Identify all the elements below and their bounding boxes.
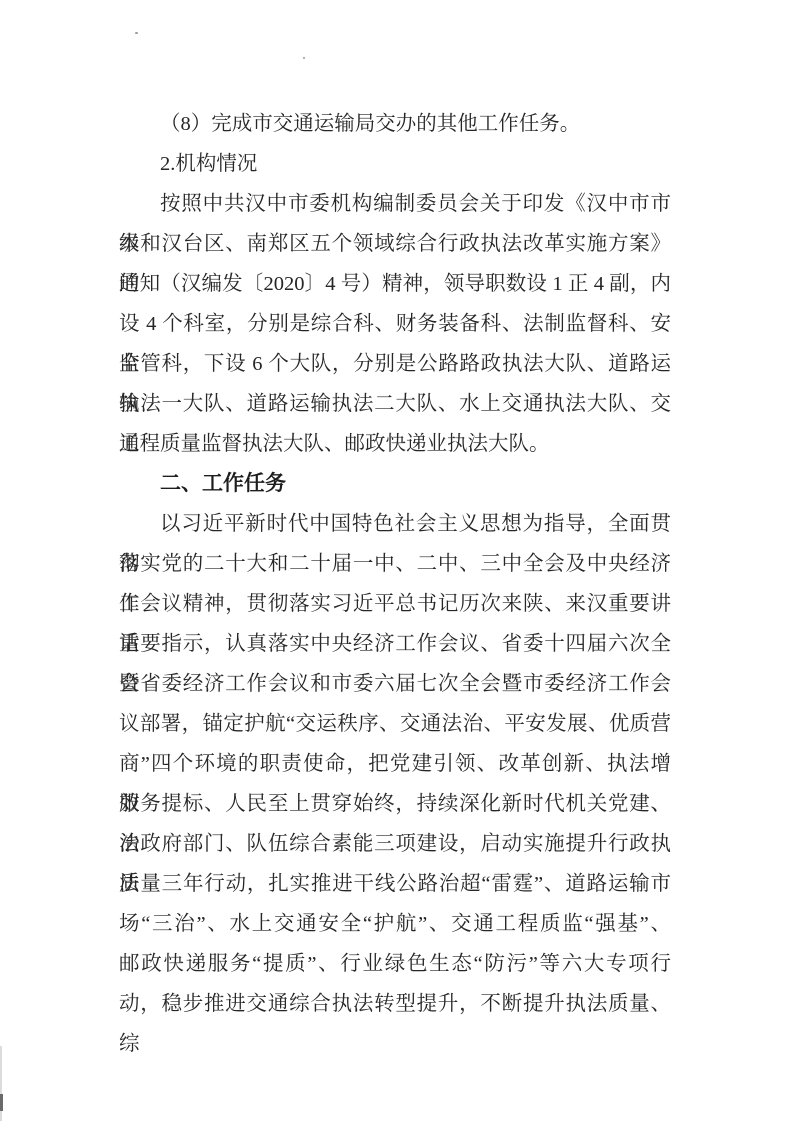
text-line: 以习近平新时代中国特色社会主义思想为指导，全面贯彻 <box>119 504 671 544</box>
text-line: 治政府部门、队伍综合素能三项建设，启动实施提升行政执法 <box>119 824 671 864</box>
scan-speck <box>135 32 138 34</box>
text-line: 2.机构情况 <box>119 144 671 184</box>
text-line: 执法一大队、道路运输执法二大队、水上交通执法大队、交通 <box>119 384 671 424</box>
text-line: 场“三治”、水上交通安全“护航”、交通工程质监“强基”、 <box>119 904 671 944</box>
text-line: 作会议精神，贯彻落实习近平总书记历次来陕、来汉重要讲话 <box>119 584 671 624</box>
text-line: 邮政快递服务“提质”、行业绿色生态“防污”等六大专项行 <box>119 944 671 984</box>
text-line: 议部署，锚定护航“交运秩序、交通法治、平安发展、优质营 <box>119 704 671 744</box>
text-line: 落实党的二十大和二十届一中、二中、三中全会及中央经济工 <box>119 544 671 584</box>
section-heading: 二、工作任务 <box>119 464 671 504</box>
text-line: 暨省委经济工作会议和市委六届七次全会暨市委经济工作会 <box>119 664 671 704</box>
text-line: 监管科，下设 6 个大队，分别是公路路政执法大队、道路运输 <box>119 344 671 384</box>
text-line: 动，稳步推进交通综合执法转型提升，不断提升执法质量、综 <box>119 984 671 1024</box>
text-line: 服务提标、人民至上贯穿始终，持续深化新时代机关党建、法 <box>119 784 671 824</box>
text-line: 设 4 个科室，分别是综合科、财务装备科、法制监督科、安全 <box>119 304 671 344</box>
scan-speck <box>303 57 305 59</box>
text-line: 按照中共汉中市委机构编制委员会关于印发《汉中市市本 <box>119 184 671 224</box>
scan-corner-mark <box>0 1094 3 1111</box>
text-line: 商”四个环境的职责使命，把党建引领、改革创新、执法增效、 <box>119 744 671 784</box>
text-line: 工程质量监督执法大队、邮政快递业执法大队。 <box>119 424 671 464</box>
document-page: （8）完成市交通运输局交办的其他工作任务。2.机构情况按照中共汉中市委机构编制委… <box>0 0 793 1121</box>
text-line: 通知（汉编发〔2020〕4 号）精神，领导职数设 1 正 4 副，内 <box>119 264 671 304</box>
document-body: （8）完成市交通运输局交办的其他工作任务。2.机构情况按照中共汉中市委机构编制委… <box>119 104 671 1024</box>
text-line: 质量三年行动，扎实推进干线公路治超“雷霆”、道路运输市 <box>119 864 671 904</box>
text-line: 重要指示，认真落实中央经济工作会议、省委十四届六次全会 <box>119 624 671 664</box>
text-line: 级和汉台区、南郑区五个领域综合行政执法改革实施方案》的 <box>119 224 671 264</box>
text-line: （8）完成市交通运输局交办的其他工作任务。 <box>119 104 671 144</box>
